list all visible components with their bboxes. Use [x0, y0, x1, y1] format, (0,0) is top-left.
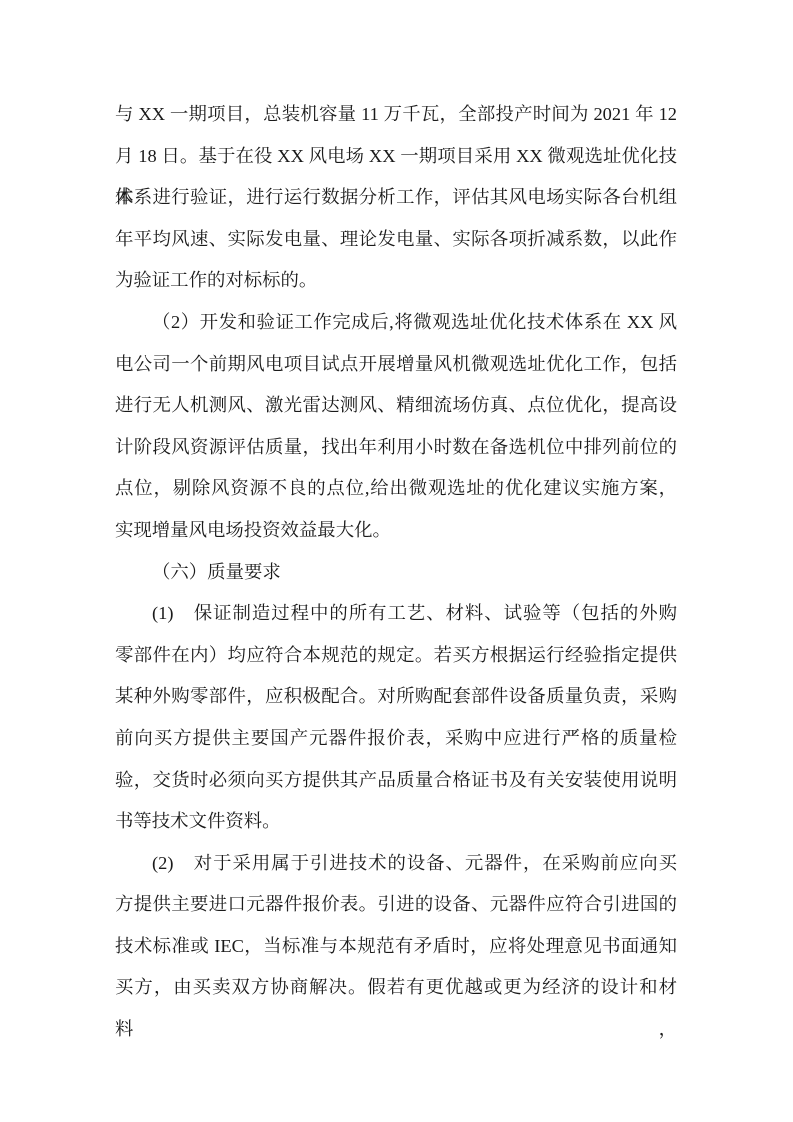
document-body: 与 XX 一期项目，总装机容量 11 万千瓦，全部投产时间为 2021 年 12… — [115, 94, 677, 1009]
text-line: 体系进行验证，进行运行数据分析工作，评估其风电场实际各台机组 — [115, 177, 677, 219]
text-line: 实现增量风电场投资效益最大化。 — [115, 510, 677, 552]
text-line: 方提供主要进口元器件报价表。引进的设备、元器件应符合引进国的 — [115, 884, 677, 926]
text-line: 与 XX 一期项目，总装机容量 11 万千瓦，全部投产时间为 2021 年 12 — [115, 94, 677, 136]
text-line: 买方，由买卖双方协商解决。假若有更优越或更为经济的设计和材料， — [115, 967, 677, 1009]
text-line: 书等技术文件资料。 — [115, 801, 677, 843]
text-line: (2) 对于采用属于引进技术的设备、元器件，在采购前应向买 — [115, 843, 677, 885]
text-line: 零部件在内）均应符合本规范的规定。若买方根据运行经验指定提供 — [115, 635, 677, 677]
text-line: （六）质量要求 — [115, 552, 677, 594]
paragraph: （2）开发和验证工作完成后,将微观选址优化技术体系在 XX 风电公司一个前期风电… — [115, 302, 677, 552]
text-line: （2）开发和验证工作完成后,将微观选址优化技术体系在 XX 风 — [115, 302, 677, 344]
text-line: 点位，剔除风资源不良的点位,给出微观选址的优化建议实施方案， — [115, 468, 677, 510]
text-line: 电公司一个前期风电项目试点开展增量风机微观选址优化工作，包括 — [115, 344, 677, 386]
text-line: 前向买方提供主要国产元器件报价表，采购中应进行严格的质量检 — [115, 718, 677, 760]
text-line: 技术标准或 IEC，当标准与本规范有矛盾时，应将处理意见书面通知 — [115, 926, 677, 968]
document-page: 与 XX 一期项目，总装机容量 11 万千瓦，全部投产时间为 2021 年 12… — [0, 0, 793, 1122]
text-line: 月 18 日。基于在役 XX 风电场 XX 一期项目采用 XX 微观选址优化技术 — [115, 136, 677, 178]
text-line: 某种外购零部件，应积极配合。对所购配套部件设备质量负责，采购 — [115, 676, 677, 718]
text-line: 进行无人机测风、激光雷达测风、精细流场仿真、点位优化，提高设 — [115, 385, 677, 427]
paragraph: (2) 对于采用属于引进技术的设备、元器件，在采购前应向买方提供主要进口元器件报… — [115, 843, 677, 1009]
text-line: 验，交货时必须向买方提供其产品质量合格证书及有关安装使用说明 — [115, 760, 677, 802]
text-line: 年平均风速、实际发电量、理论发电量、实际各项折减系数，以此作 — [115, 219, 677, 261]
text-line: 计阶段风资源评估质量，找出年利用小时数在备选机位中排列前位的 — [115, 427, 677, 469]
paragraph: （六）质量要求 — [115, 552, 677, 594]
paragraph: 与 XX 一期项目，总装机容量 11 万千瓦，全部投产时间为 2021 年 12… — [115, 94, 677, 302]
paragraph: (1) 保证制造过程中的所有工艺、材料、试验等（包括的外购零部件在内）均应符合本… — [115, 593, 677, 843]
text-line: (1) 保证制造过程中的所有工艺、材料、试验等（包括的外购 — [115, 593, 677, 635]
text-line: 为验证工作的对标标的。 — [115, 260, 677, 302]
